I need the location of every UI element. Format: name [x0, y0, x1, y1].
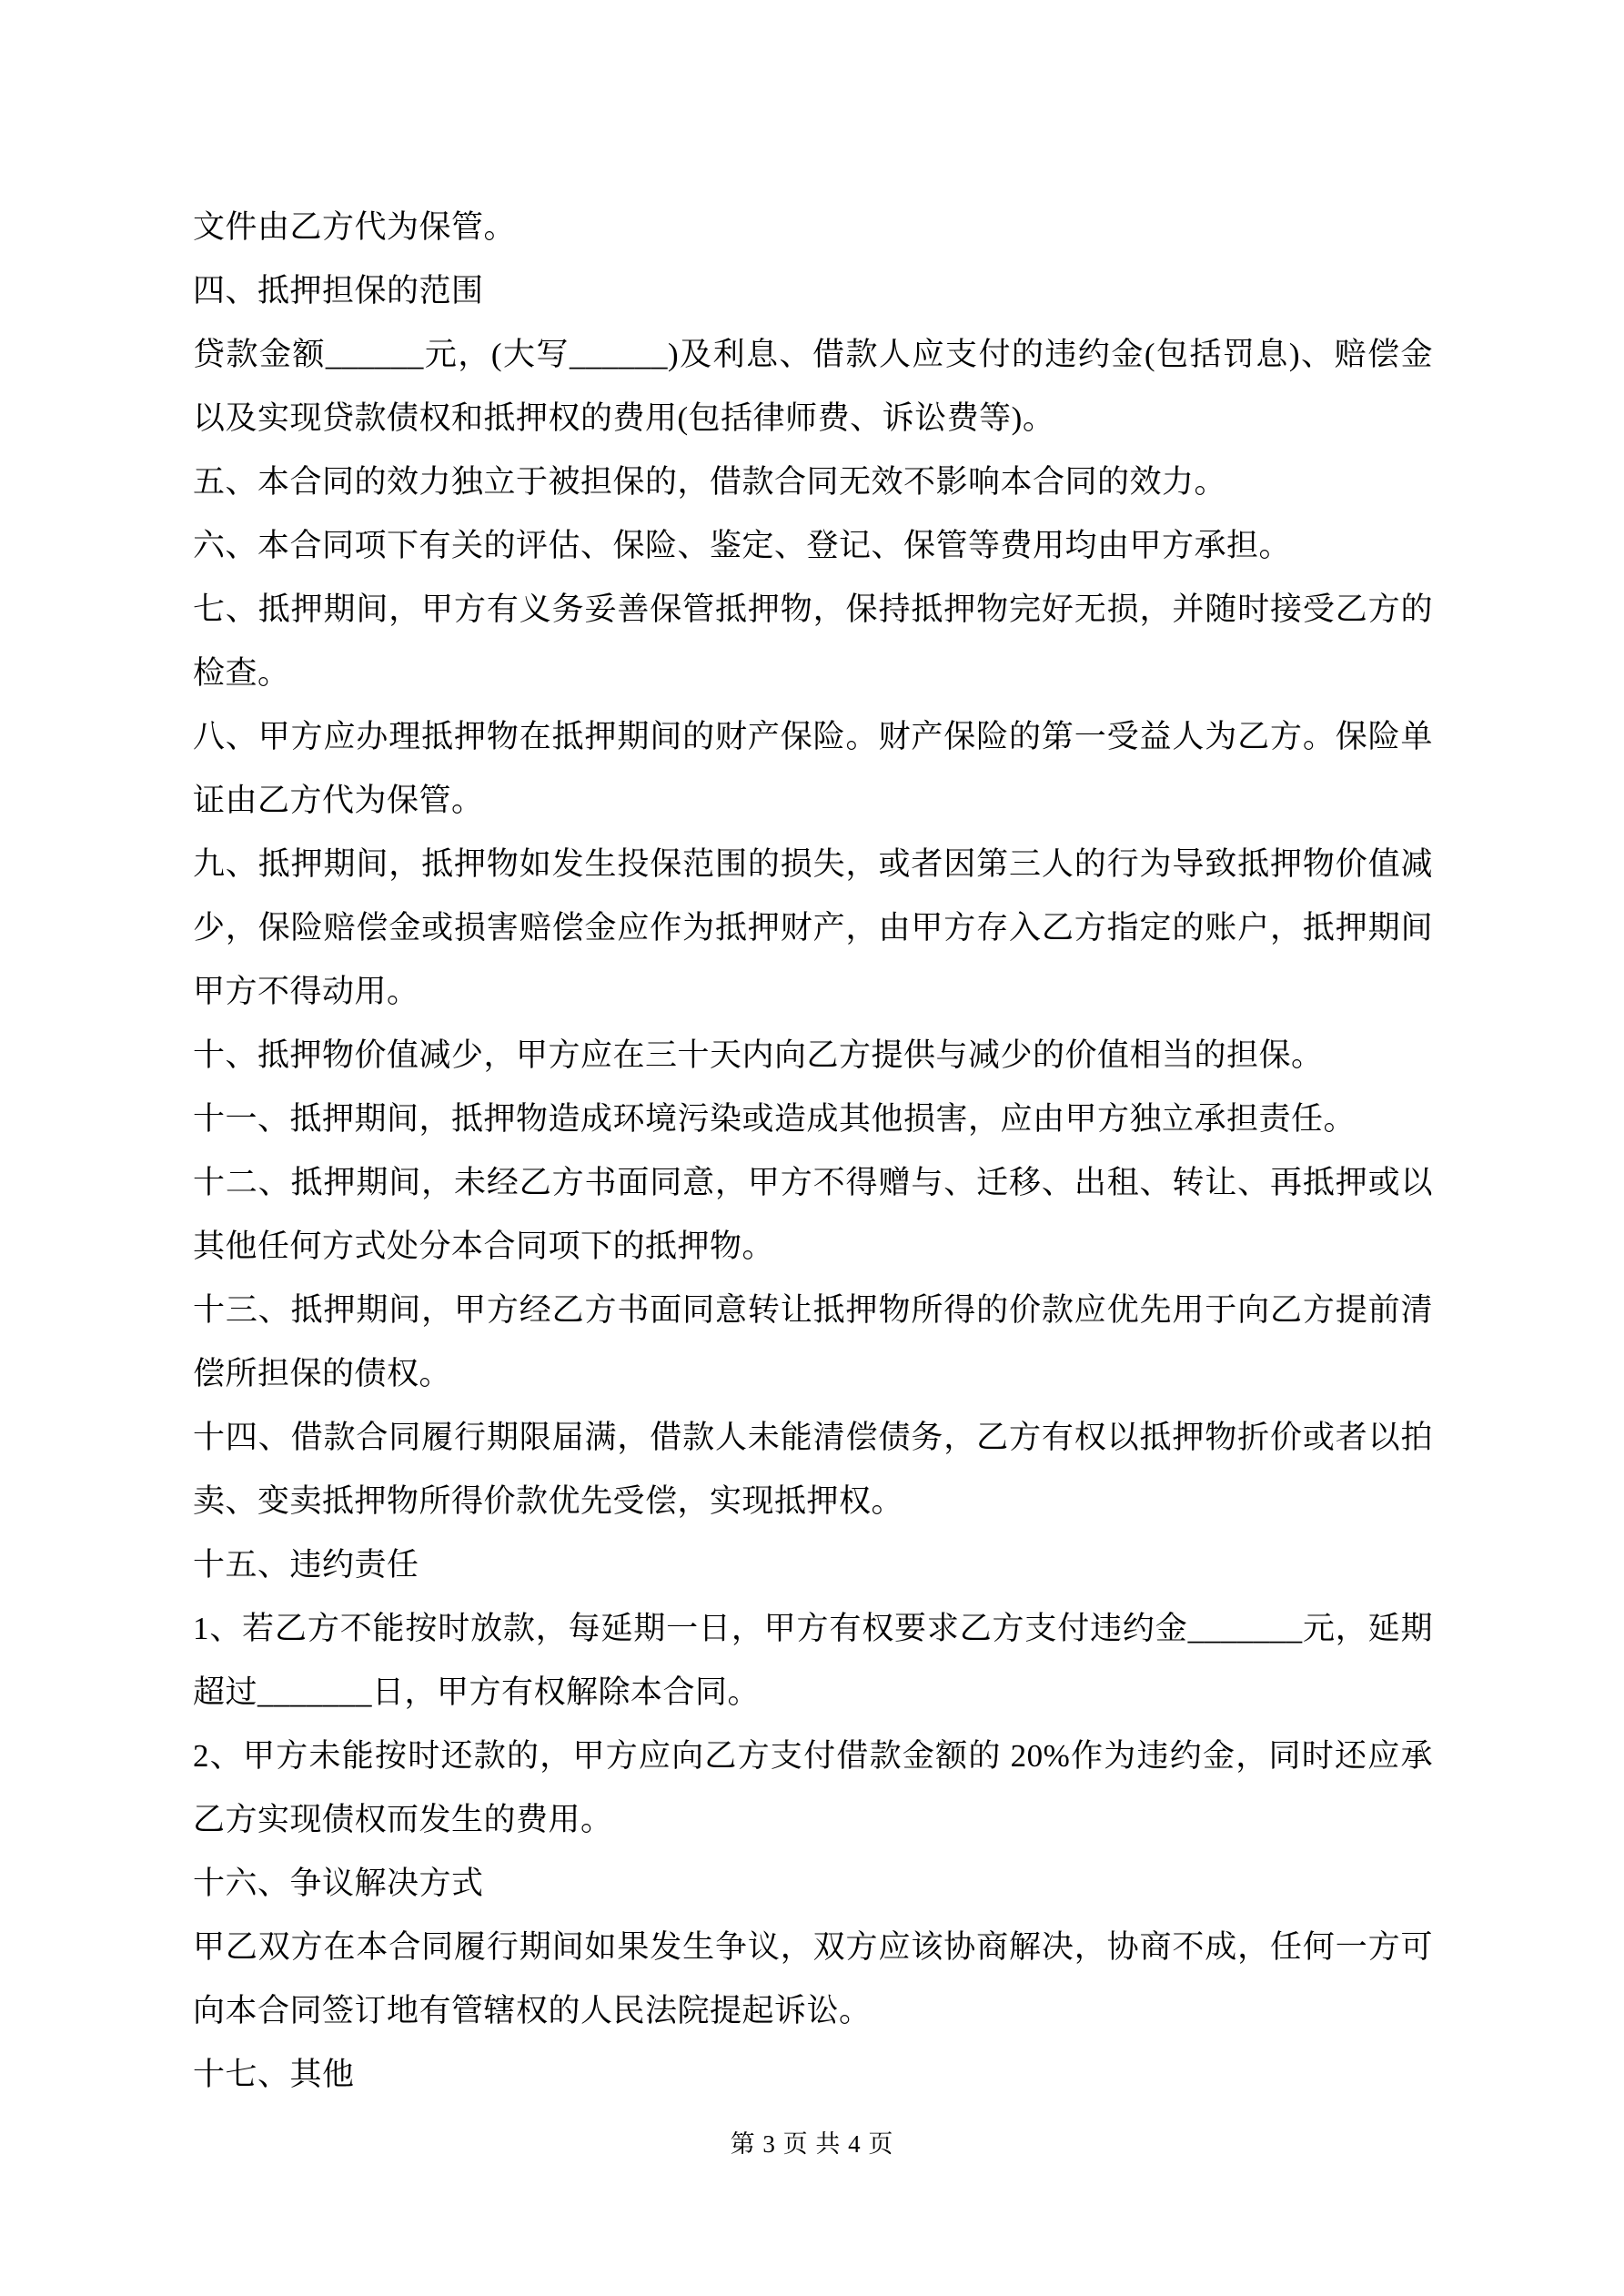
paragraph: 七、抵押期间，甲方有义务妥善保管抵押物，保持抵押物完好无损，并随时接受乙方的检查…	[193, 578, 1433, 705]
contract-line: 十三、抵押期间，甲方经乙方书面同意转让抵押物所得的价款应优先用于向乙方提前清	[193, 1279, 1433, 1342]
contract-line: 超过_______日，甲方有权解除本合同。	[193, 1661, 1433, 1725]
contract-line: 十四、借款合同履行期限届满，借款人未能清偿债务，乙方有权以抵押物折价或者以拍	[193, 1406, 1433, 1470]
contract-line: 六、本合同项下有关的评估、保险、鉴定、登记、保管等费用均由甲方承担。	[193, 514, 1433, 578]
contract-line: 十一、抵押期间，抵押物造成环境污染或造成其他损害，应由甲方独立承担责任。	[193, 1087, 1433, 1151]
contract-page: 文件由乙方代为保管。四、抵押担保的范围贷款金额______元，(大写______…	[0, 0, 1624, 2296]
contract-line: 1、若乙方不能按时放款，每延期一日，甲方有权要求乙方支付违约金_______元，…	[193, 1597, 1433, 1661]
paragraph: 十、抵押物价值减少，甲方应在三十天内向乙方提供与减少的价值相当的担保。	[193, 1024, 1433, 1087]
contract-line: 十、抵押物价值减少，甲方应在三十天内向乙方提供与减少的价值相当的担保。	[193, 1024, 1433, 1087]
paragraph: 四、抵押担保的范围	[193, 259, 1433, 323]
paragraph: 贷款金额______元，(大写______)及利息、借款人应支付的违约金(包括罚…	[193, 323, 1433, 450]
contract-line: 少，保险赔偿金或损害赔偿金应作为抵押财产，由甲方存入乙方指定的账户，抵押期间	[193, 896, 1433, 960]
contract-line: 卖、变卖抵押物所得价款优先受偿，实现抵押权。	[193, 1470, 1433, 1533]
contract-line: 检查。	[193, 642, 1433, 705]
contract-line: 甲方不得动用。	[193, 960, 1433, 1024]
contract-line: 十六、争议解决方式	[193, 1852, 1433, 1916]
page-footer: 第 3 页 共 4 页	[0, 2124, 1624, 2164]
contract-line: 其他任何方式处分本合同项下的抵押物。	[193, 1215, 1433, 1279]
paragraph: 十五、违约责任	[193, 1533, 1433, 1597]
contract-body: 文件由乙方代为保管。四、抵押担保的范围贷款金额______元，(大写______…	[193, 196, 1433, 2107]
paragraph: 十四、借款合同履行期限届满，借款人未能清偿债务，乙方有权以抵押物折价或者以拍卖、…	[193, 1406, 1433, 1533]
contract-line: 十五、违约责任	[193, 1533, 1433, 1597]
contract-line: 以及实现贷款债权和抵押权的费用(包括律师费、诉讼费等)。	[193, 387, 1433, 450]
paragraph: 甲乙双方在本合同履行期间如果发生争议，双方应该协商解决，协商不成，任何一方可向本…	[193, 1916, 1433, 2043]
paragraph: 十一、抵押期间，抵押物造成环境污染或造成其他损害，应由甲方独立承担责任。	[193, 1087, 1433, 1151]
contract-line: 贷款金额______元，(大写______)及利息、借款人应支付的违约金(包括罚…	[193, 323, 1433, 387]
paragraph: 文件由乙方代为保管。	[193, 196, 1433, 259]
paragraph: 2、甲方未能按时还款的，甲方应向乙方支付借款金额的 20%作为违约金，同时还应承…	[193, 1725, 1433, 1852]
paragraph: 六、本合同项下有关的评估、保险、鉴定、登记、保管等费用均由甲方承担。	[193, 514, 1433, 578]
contract-line: 偿所担保的债权。	[193, 1342, 1433, 1406]
contract-line: 十二、抵押期间，未经乙方书面同意，甲方不得赠与、迁移、出租、转让、再抵押或以	[193, 1151, 1433, 1215]
contract-line: 甲乙双方在本合同履行期间如果发生争议，双方应该协商解决，协商不成，任何一方可	[193, 1916, 1433, 1979]
paragraph: 十三、抵押期间，甲方经乙方书面同意转让抵押物所得的价款应优先用于向乙方提前清偿所…	[193, 1279, 1433, 1406]
contract-line: 乙方实现债权而发生的费用。	[193, 1788, 1433, 1852]
contract-line: 十七、其他	[193, 2043, 1433, 2107]
contract-line: 九、抵押期间，抵押物如发生投保范围的损失，或者因第三人的行为导致抵押物价值减	[193, 833, 1433, 896]
paragraph: 十二、抵押期间，未经乙方书面同意，甲方不得赠与、迁移、出租、转让、再抵押或以其他…	[193, 1151, 1433, 1279]
contract-line: 八、甲方应办理抵押物在抵押期间的财产保险。财产保险的第一受益人为乙方。保险单	[193, 705, 1433, 769]
contract-line: 向本合同签订地有管辖权的人民法院提起诉讼。	[193, 1979, 1433, 2043]
paragraph: 八、甲方应办理抵押物在抵押期间的财产保险。财产保险的第一受益人为乙方。保险单证由…	[193, 705, 1433, 833]
contract-line: 五、本合同的效力独立于被担保的，借款合同无效不影响本合同的效力。	[193, 450, 1433, 514]
contract-line: 证由乙方代为保管。	[193, 769, 1433, 833]
paragraph: 十七、其他	[193, 2043, 1433, 2107]
contract-line: 四、抵押担保的范围	[193, 259, 1433, 323]
page-number-indicator: 第 3 页 共 4 页	[731, 2130, 894, 2158]
paragraph: 五、本合同的效力独立于被担保的，借款合同无效不影响本合同的效力。	[193, 450, 1433, 514]
paragraph: 1、若乙方不能按时放款，每延期一日，甲方有权要求乙方支付违约金_______元，…	[193, 1597, 1433, 1725]
contract-line: 2、甲方未能按时还款的，甲方应向乙方支付借款金额的 20%作为违约金，同时还应承…	[193, 1725, 1433, 1788]
paragraph: 十六、争议解决方式	[193, 1852, 1433, 1916]
contract-line: 七、抵押期间，甲方有义务妥善保管抵押物，保持抵押物完好无损，并随时接受乙方的	[193, 578, 1433, 642]
contract-line: 文件由乙方代为保管。	[193, 196, 1433, 259]
paragraph: 九、抵押期间，抵押物如发生投保范围的损失，或者因第三人的行为导致抵押物价值减少，…	[193, 833, 1433, 1024]
